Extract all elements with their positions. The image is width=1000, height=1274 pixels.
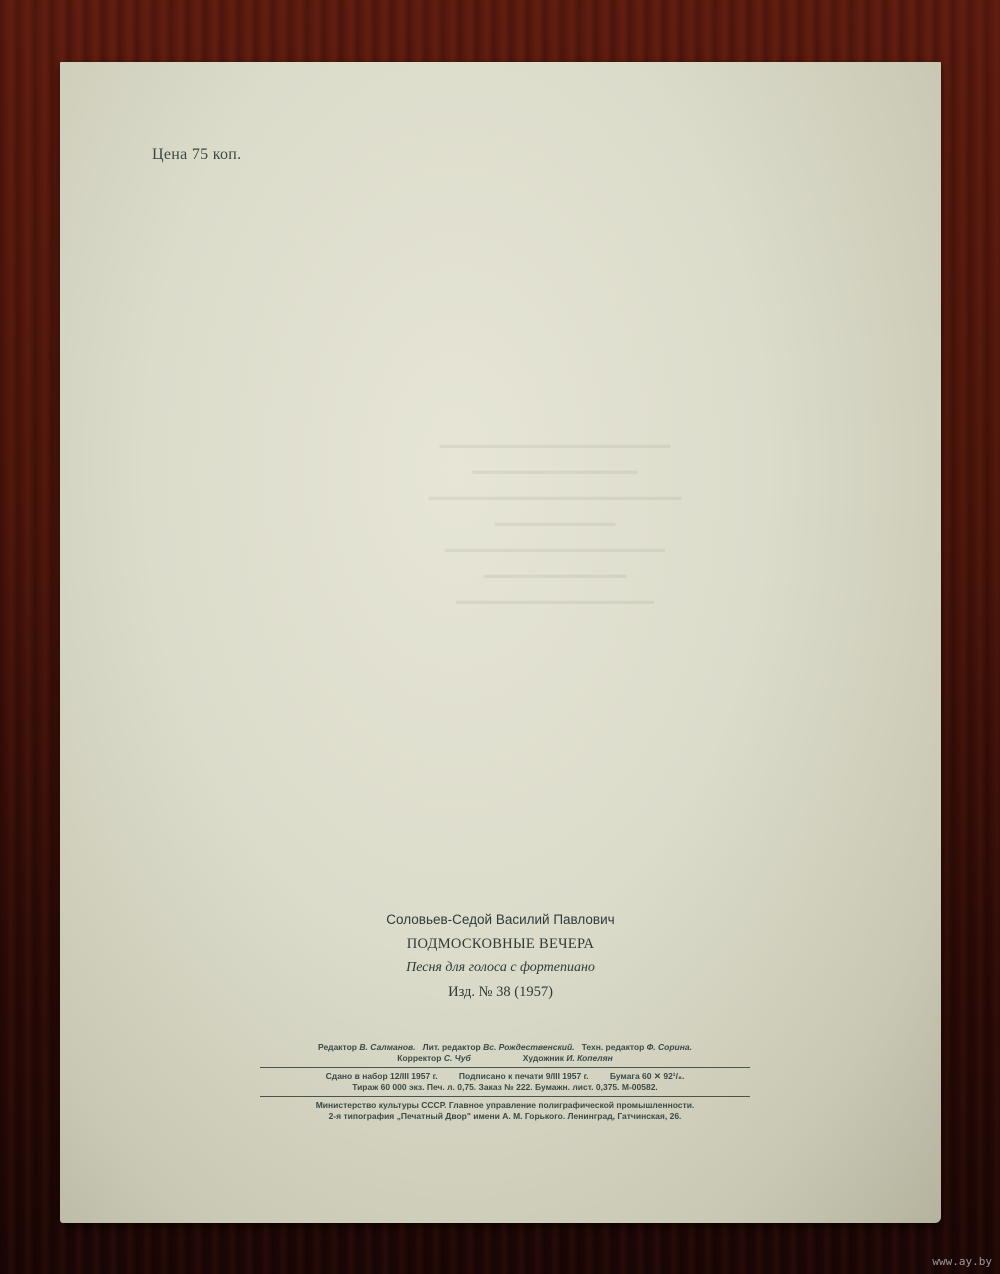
signed-date: Подписано к печати 9/III 1957 г. (459, 1071, 589, 1081)
print-dates-row: Сдано в набор 12/III 1957 г. Подписано к… (260, 1071, 750, 1082)
author-name: Соловьев-Седой Василий Павлович (60, 912, 941, 927)
tech-editor-label: Техн. редактор (582, 1042, 645, 1052)
price-label: Цена 75 коп. (152, 146, 241, 164)
typeset-date: Сдано в набор 12/III 1957 г. (326, 1071, 438, 1081)
tech-editor-name: Ф. Сорина. (647, 1042, 692, 1052)
artist-name: И. Копелян (566, 1053, 612, 1063)
colophon: Редактор В. Салманов. Лит. редактор Вс. … (260, 1042, 750, 1122)
sheet-music-back-cover: Цена 75 коп. ▬▬▬▬▬▬▬▬▬▬▬▬▬▬▬▬▬▬▬▬▬▬▬▬▬▬▬… (60, 62, 941, 1223)
song-subtitle: Песня для голоса с фортепиано (60, 960, 941, 976)
editor-name: В. Салманов. (359, 1042, 415, 1052)
ministry-row: Министерство культуры СССР. Главное упра… (260, 1100, 750, 1111)
editor-label: Редактор (318, 1042, 357, 1052)
print-run-row: Тираж 60 000 экз. Печ. л. 0,75. Заказ № … (260, 1082, 750, 1093)
edition-number: Изд. № 38 (1957) (60, 984, 941, 1001)
corrector-name: С. Чуб (444, 1053, 471, 1063)
divider (260, 1096, 750, 1097)
corrector-label: Корректор (397, 1053, 441, 1063)
artist-label: Художник (523, 1053, 564, 1063)
paper-format: Бумага 60 ✕ 92¹/₈. (610, 1071, 684, 1081)
divider (260, 1067, 750, 1068)
editors-row: Редактор В. Салманов. Лит. редактор Вс. … (260, 1042, 750, 1053)
song-title: ПОДМОСКОВНЫЕ ВЕЧЕРА (60, 936, 941, 953)
lit-editor-label: Лит. редактор (423, 1042, 481, 1052)
bleed-through-text: ▬▬▬▬▬▬▬▬▬▬▬▬▬▬▬▬▬▬▬▬▬▬▬▬▬▬▬▬▬▬▬▬▬▬▬▬▬▬▬▬… (390, 432, 720, 614)
corrector-artist-row: Корректор С. Чуб Художник И. Копелян (260, 1053, 750, 1064)
lit-editor-name: Вс. Рождественский. (483, 1042, 574, 1052)
printer-row: 2-я типография „Печатный Двор" имени А. … (260, 1111, 750, 1122)
site-watermark: www.ay.by (932, 1255, 992, 1268)
